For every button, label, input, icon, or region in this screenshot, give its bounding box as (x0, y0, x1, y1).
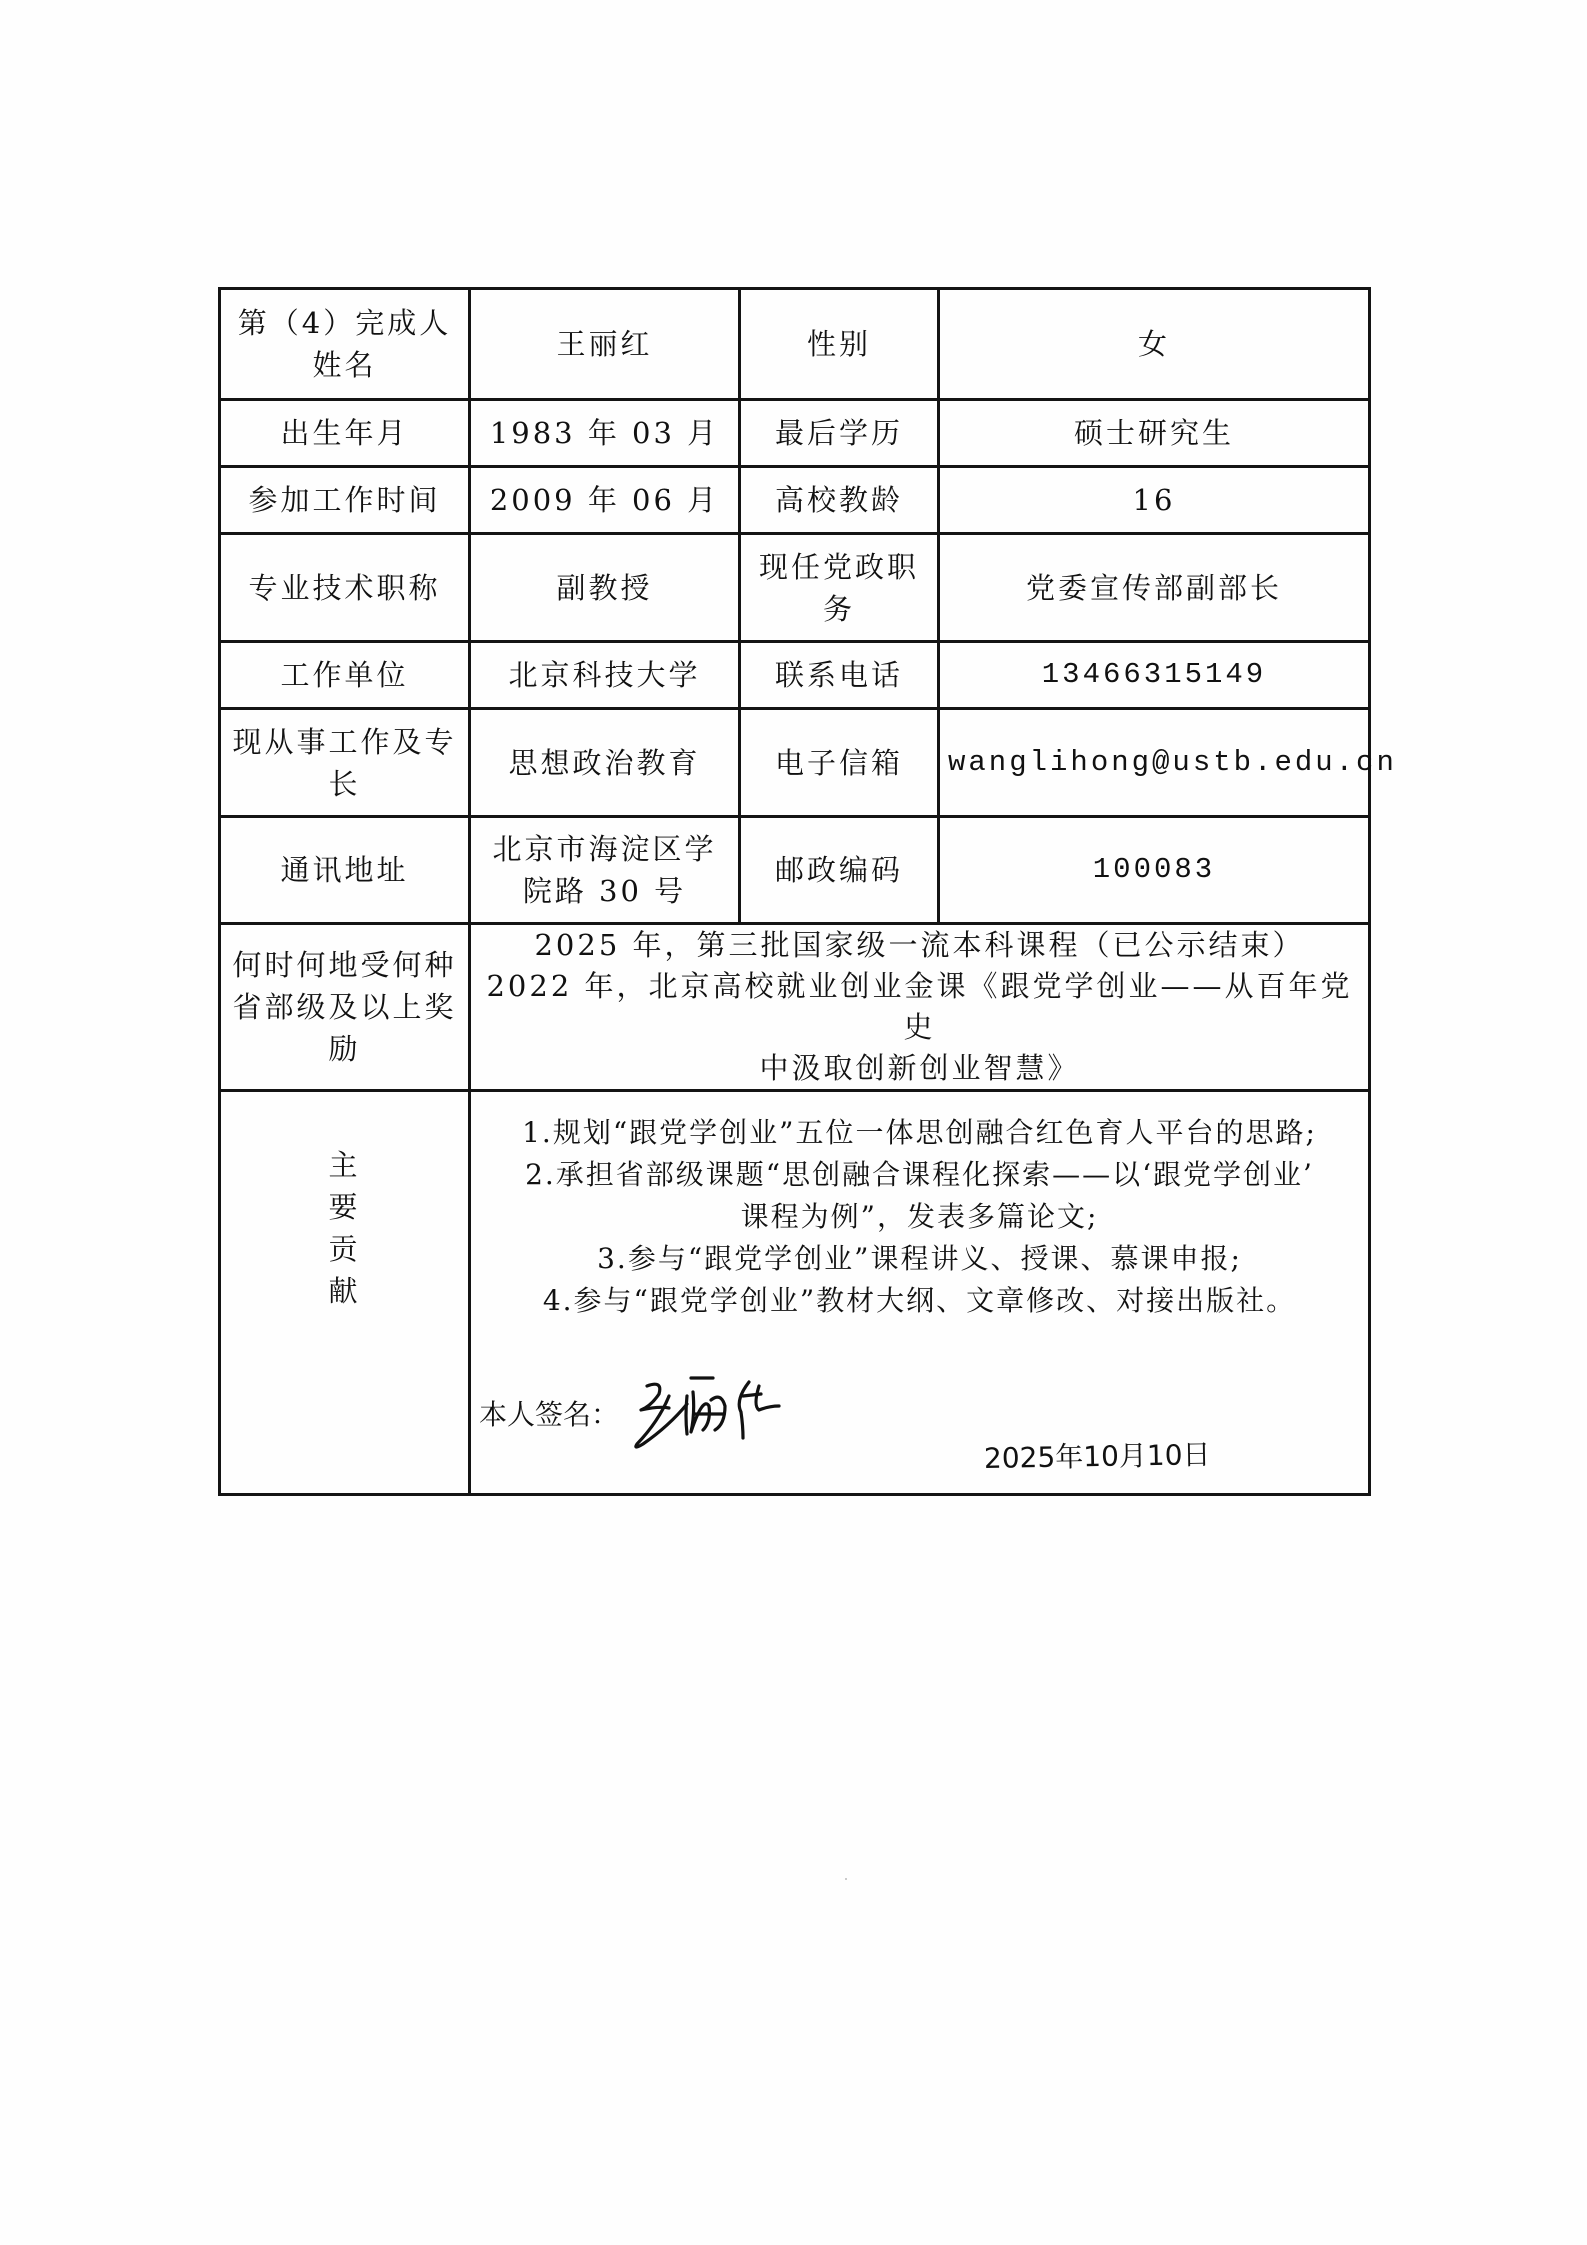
value-main-contributions: 1.规划“跟党学创业”五位一体思创融合红色育人平台的思路; 2.承担省部级课题“… (470, 1091, 1370, 1495)
table-row-title: 专业技术职称 副教授 现任党政职 务 党委宣传部副部长 (220, 534, 1370, 642)
value-awards: 2025 年，第三批国家级一流本科课程（已公示结束） 2022 年，北京高校就业… (470, 924, 1370, 1091)
value-teaching-years: 16 (939, 467, 1370, 534)
table-row-specialty: 现从事工作及专 长 思想政治教育 电子信箱 wanglihong@ustb.ed… (220, 709, 1370, 817)
label-education: 最后学历 (740, 400, 939, 467)
completer-info-table: 第（4）完成人 姓名 王丽红 性别 女 出生年月 1983 年 03 月 最后学… (218, 287, 1371, 1496)
label-completer-name: 第（4）完成人 姓名 (220, 289, 470, 400)
label-awards: 何时何地受何种 省部级及以上奖 励 (220, 924, 470, 1091)
label-main-contributions: 主 要 贡 献 (220, 1091, 470, 1495)
value-education: 硕士研究生 (939, 400, 1370, 467)
table-row-address: 通讯地址 北京市海淀区学 院路 30 号 邮政编码 100083 (220, 817, 1370, 924)
value-work-start: 2009 年 06 月 (470, 467, 740, 534)
value-employer: 北京科技大学 (470, 642, 740, 709)
value-address: 北京市海淀区学 院路 30 号 (470, 817, 740, 924)
contribution-item: 2.承担省部级课题“思创融合课程化探索——以‘跟党学创业’ (479, 1154, 1360, 1196)
table-row-work-start: 参加工作时间 2009 年 06 月 高校教龄 16 (220, 467, 1370, 534)
table-row-birth: 出生年月 1983 年 03 月 最后学历 硕士研究生 (220, 400, 1370, 467)
label-professional-title: 专业技术职称 (220, 534, 470, 642)
label-teaching-years: 高校教龄 (740, 467, 939, 534)
label-employer: 工作单位 (220, 642, 470, 709)
label-phone: 联系电话 (740, 642, 939, 709)
award-line: 2025 年，第三批国家级一流本科课程（已公示结束） (479, 925, 1360, 966)
label-work-start: 参加工作时间 (220, 467, 470, 534)
award-line: 2022 年，北京高校就业创业金课《跟党学创业——从百年党史 (479, 966, 1360, 1048)
contribution-item: 1.规划“跟党学创业”五位一体思创融合红色育人平台的思路; (479, 1112, 1360, 1154)
label-specialty: 现从事工作及专 长 (220, 709, 470, 817)
value-postal-code: 100083 (939, 817, 1370, 924)
contribution-item: 4.参与“跟党学创业”教材大纲、文章修改、对接出版社。 (479, 1280, 1360, 1322)
scan-speck (845, 1878, 847, 1880)
label-email: 电子信箱 (740, 709, 939, 817)
value-phone: 13466315149 (939, 642, 1370, 709)
value-current-position: 党委宣传部副部长 (939, 534, 1370, 642)
contribution-item: 3.参与“跟党学创业”课程讲义、授课、慕课申报; (479, 1238, 1360, 1280)
award-line: 中汲取创新创业智慧》 (479, 1048, 1360, 1089)
label-current-position: 现任党政职 务 (740, 534, 939, 642)
value-professional-title: 副教授 (470, 534, 740, 642)
signature-date: 2025年10月10日 (984, 1434, 1211, 1480)
table-row-name: 第（4）完成人 姓名 王丽红 性别 女 (220, 289, 1370, 400)
label-gender: 性别 (740, 289, 939, 400)
value-gender: 女 (939, 289, 1370, 400)
label-postal-code: 邮政编码 (740, 817, 939, 924)
table-row-employer: 工作单位 北京科技大学 联系电话 13466315149 (220, 642, 1370, 709)
signature-label: 本人签名： (479, 1394, 619, 1436)
value-specialty: 思想政治教育 (470, 709, 740, 817)
document-page: 第（4）完成人 姓名 王丽红 性别 女 出生年月 1983 年 03 月 最后学… (0, 0, 1587, 2245)
value-name: 王丽红 (470, 289, 740, 400)
signature-block: 本人签名： (479, 1366, 1360, 1476)
table-row-contributions: 主 要 贡 献 1.规划“跟党学创业”五位一体思创融合红色育人平台的思路; 2.… (220, 1091, 1370, 1495)
contribution-item: 课程为例”，发表多篇论文; (479, 1196, 1360, 1238)
value-birth-date: 1983 年 03 月 (470, 400, 740, 467)
handwritten-signature-icon (629, 1366, 829, 1456)
value-email: wanglihong@ustb.edu.cn (939, 709, 1370, 817)
label-birth-date: 出生年月 (220, 400, 470, 467)
label-address: 通讯地址 (220, 817, 470, 924)
table-row-awards: 何时何地受何种 省部级及以上奖 励 2025 年，第三批国家级一流本科课程（已公… (220, 924, 1370, 1091)
